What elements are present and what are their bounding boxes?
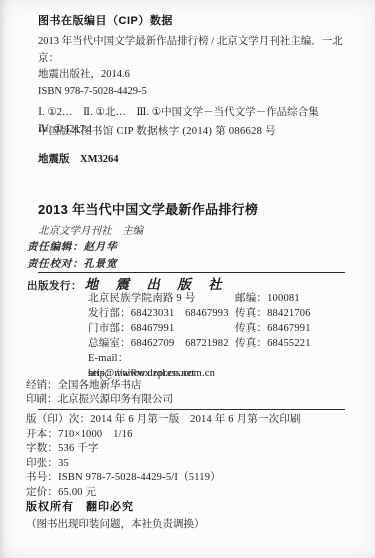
cip-line-classification: Ⅰ. ①2… Ⅱ. ①北… Ⅲ. ①中国文学－当代文学－作品综合集 [38, 105, 361, 122]
book-title: 2013 年当代中国文学最新作品排行榜 [38, 202, 361, 218]
copyright-page: 图书在版编目（CIP）数据 2013 年当代中国文学最新作品排行榜 / 北京文学… [0, 0, 375, 558]
proofreader-line: 责任校对：孔景宽 [27, 258, 361, 273]
email-row: E-mail：seis@mailbox.rol.cn.net [88, 351, 360, 366]
distribution-dept-phone: 发行部：68423031 68467993 [88, 306, 235, 321]
divider-bottom [38, 409, 345, 410]
divider-top [38, 272, 345, 273]
copyright-block: 版权所有 翻印必究 （图书出现印装问题，本社负责调换） [26, 500, 361, 532]
distribution-line: 经销：全国各地新华书店 [26, 379, 142, 393]
contact-row: 总编室：68462709 68721982 传真：68455221 [88, 336, 360, 351]
responsible-editor-line: 责任编辑：赵月华 [27, 241, 361, 256]
chief-editor-line: 北京文学月刊社 主编 [38, 225, 361, 239]
title-block: 2013 年当代中国文学最新作品排行榜 北京文学月刊社 主编 责任编辑：赵月华 … [38, 202, 361, 272]
postcode: 邮编：100081 [235, 291, 360, 306]
print-info-block: 版（印）次：2014 年 6 月第一版 2014 年 6 月第一次印刷 开本：7… [26, 413, 361, 501]
copyright-notice: 版权所有 翻印必究 [26, 500, 361, 515]
cip-line-title: 2013 年当代中国文学最新作品排行榜 / 北京文学月刊社主编．一北京： [38, 34, 361, 67]
cip-line-isbn: ISBN 978-7-5028-4429-5 [38, 84, 361, 101]
email-line: E-mail：seis@mailbox.rol.cn.net [88, 351, 235, 366]
exchange-note: （图书出现印装问题，本社负责调换） [26, 518, 361, 532]
retail-dept-phone: 门市部：68467991 [88, 321, 235, 336]
format-line: 开本：710×1000 1/16 [26, 428, 361, 443]
fax-number: 传真：68467991 [235, 321, 360, 336]
editorial-office-phone: 总编室：68462709 68721982 [88, 336, 235, 351]
edition-code: 地震版 XM3264 [38, 152, 119, 168]
cip-header: 图书在版编目（CIP）数据 [38, 14, 361, 29]
publisher-contact-block: 北京民族学院南路 9 号 邮编：100081 发行部：68423031 6846… [88, 291, 360, 381]
publisher-address: 北京民族学院南路 9 号 [88, 291, 235, 306]
word-count-line: 字数：536 千字 [26, 442, 361, 457]
fax-number: 传真：68455221 [235, 336, 360, 351]
cip-line-publisher: 地震出版社，2014.6 [38, 67, 361, 84]
contact-row: 发行部：68423031 68467993 传真：88421706 [88, 306, 360, 321]
cip-block: 图书在版编目（CIP）数据 2013 年当代中国文学最新作品排行榜 / 北京文学… [38, 14, 361, 138]
cip-registry-line: 中国版本图书馆 CIP 数据核字 (2014) 第 086628 号 [38, 124, 276, 140]
edition-info-line: 版（印）次：2014 年 6 月第一版 2014 年 6 月第一次印刷 [26, 413, 361, 428]
contact-row: 门市部：68467991 传真：68467991 [88, 321, 360, 336]
fax-number: 传真：88421706 [235, 306, 360, 321]
address-row: 北京民族学院南路 9 号 邮编：100081 [88, 291, 360, 306]
publisher-name: 地 震 出 版 社 [85, 277, 229, 292]
printer-line: 印刷：北京振兴源印务有限公司 [26, 393, 173, 407]
price-line: 定价：65.00 元 [26, 486, 361, 501]
book-number-line: 书号：ISBN 978-7-5028-4429-5/I（5119） [26, 471, 361, 486]
publisher-label: 出版发行： [27, 281, 82, 292]
sheet-count-line: 印张：35 [26, 457, 361, 472]
